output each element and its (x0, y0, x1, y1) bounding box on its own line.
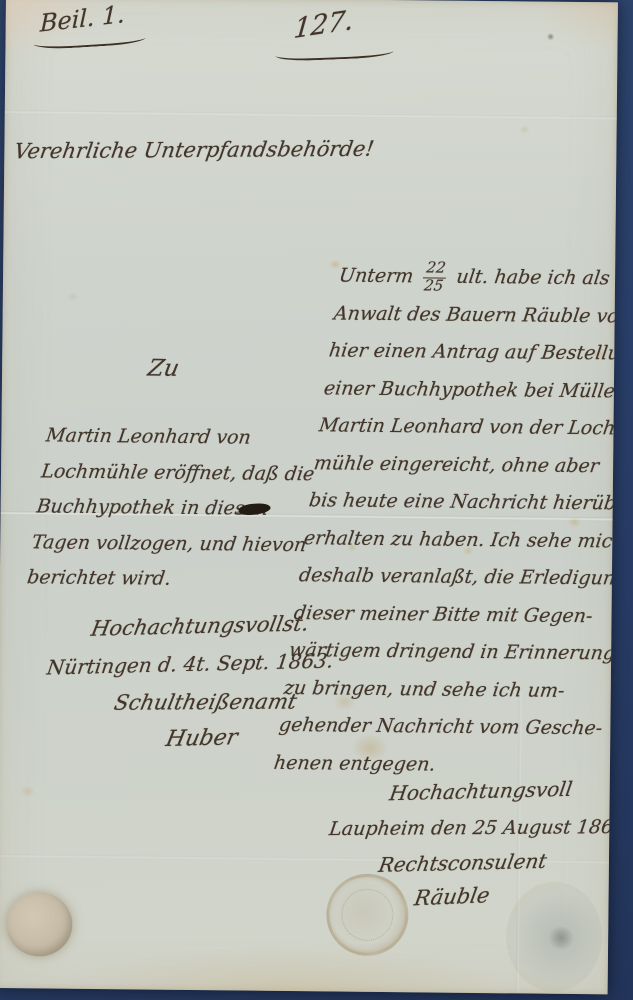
body-line: deshalb veranlaßt, die Erledigung (297, 557, 618, 598)
body-line: erhalten zu haben. Ich sehe mich (302, 520, 618, 561)
body-line: zu bringen, und sehe ich um- (282, 669, 615, 710)
note-line: Buchhypothek in diesen (34, 489, 313, 527)
date-fraction: 22 25 (421, 261, 449, 295)
body-line: Anwalt des Bauern Räuble von (332, 295, 618, 336)
closing-left-signature: Huber (164, 725, 240, 752)
closing-right-signature: Räuble (413, 883, 492, 910)
body-line: mühle eingereicht, ohne aber (312, 445, 618, 486)
marginal-note-heading: Zu (146, 356, 182, 382)
seal-wafer-remnant (6, 892, 73, 957)
body-line: Unterm 22 25 ult. habe ich als (337, 258, 618, 299)
body-line: dieser meiner Bitte mit Gegen- (292, 595, 618, 636)
body-line: hier einen Antrag auf Bestellung (327, 332, 618, 373)
body-line1-suffix: ult. habe ich als (455, 266, 611, 290)
salutation: Verehrliche Unterpfandsbehörde! (13, 137, 376, 164)
round-ink-stamp (319, 867, 416, 964)
bottom-right-stain-core (548, 927, 574, 949)
body-line1-prefix: Unterm (338, 265, 415, 288)
letter-paper: Beil. 1. 127. Verehrliche Unterpfandsbeh… (0, 0, 618, 994)
closing-right-place-date: Laupheim den 25 August 1863. (328, 816, 618, 840)
letter-body: Unterm 22 25 ult. habe ich als Anwalt de… (272, 258, 618, 786)
document-number: 127. (292, 5, 355, 46)
fraction-denominator: 25 (423, 276, 444, 294)
note-line: Tagen vollzogen, und hievon (30, 525, 309, 563)
fold-crease-top (5, 110, 617, 120)
note-line: Lochmühle eröffnet, daß die (39, 454, 318, 492)
closing-right-valediction: Hochachtungsvoll (388, 777, 574, 806)
note-line: Martin Leonhard von (44, 418, 323, 456)
closing-right-title: Rechtsconsulent (377, 849, 549, 877)
body-line: bis heute eine Nachricht hierüber (307, 482, 618, 523)
body-line: gehender Nachricht vom Gesche- (277, 707, 610, 748)
body-line: einer Buchhypothek bei Müller (322, 370, 618, 411)
closing-left-office: Schultheißenamt (112, 689, 299, 714)
body-line: wärtigem dringend in Erinnerung (287, 632, 618, 673)
marginal-note: Martin Leonhard von Lochmühle eröffnet, … (25, 418, 323, 598)
closing-left-valediction: Hochachtungsvollst. (89, 611, 311, 640)
attachment-note: Beil. 1. (40, 0, 126, 38)
document-number-underline (275, 45, 393, 62)
body-line: Martin Leonhard von der Loch- (317, 407, 618, 448)
note-line: berichtet wird. (25, 560, 304, 598)
